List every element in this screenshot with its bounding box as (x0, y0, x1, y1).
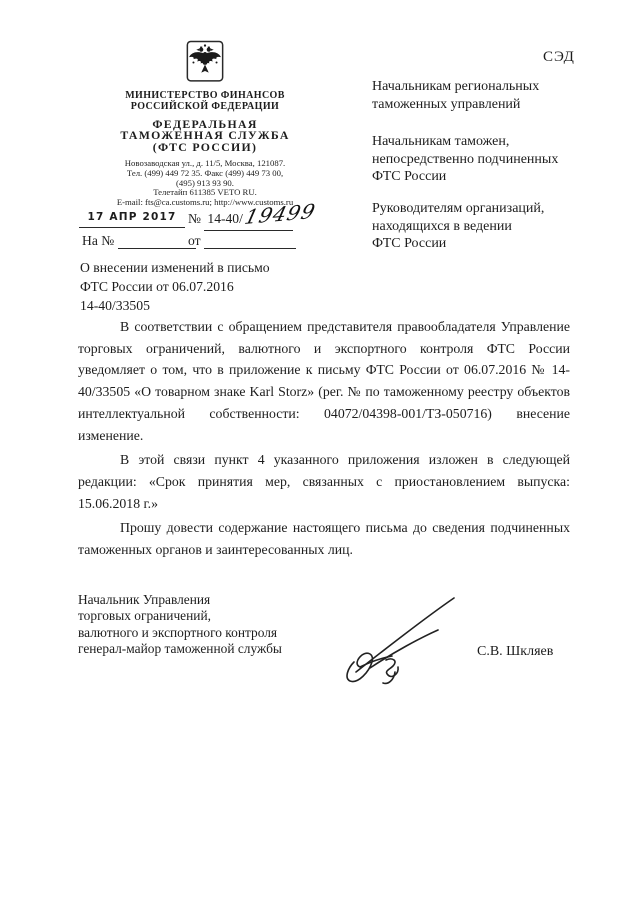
body-paragraph-2: В этой связи пункт 4 указанного приложен… (78, 449, 570, 514)
signer-name: С.В. Шкляев (477, 644, 553, 660)
outgoing-number-field: 14-40/ 19499 (204, 211, 293, 231)
addressee-regional-administrations: Начальникам региональных таможенных упра… (372, 78, 597, 113)
handwritten-number: 19499 (243, 199, 319, 229)
agency-title: ФЕДЕРАЛЬНАЯ ТАМОЖЕННАЯ СЛУЖБА (ФТС РОССИ… (60, 119, 350, 154)
body-paragraph-1: В соответствии с обращением представител… (78, 316, 570, 446)
outgoing-number-row: № 14-40/ 19499 (188, 211, 293, 231)
reply-number-blank (118, 235, 196, 249)
coat-of-arms-icon (186, 40, 224, 85)
date-stamp: 17 АПР 2017 (79, 211, 185, 228)
reply-number-label: На № (82, 233, 114, 248)
body-paragraph-3: Прошу довести содержание настоящего пись… (78, 517, 570, 560)
sed-label: СЭД (543, 49, 575, 66)
number-prefix: 14-40/ (207, 211, 243, 226)
addressee-customs-heads: Начальникам таможен, непосредственно под… (372, 133, 597, 186)
subject-line: О внесении изменений в письмо ФТС России… (80, 258, 360, 315)
reply-date-row: от (188, 233, 296, 249)
number-sign-label: № (188, 211, 201, 226)
addressee-organization-heads: Руководителям организаций, находящихся в… (372, 200, 597, 253)
reply-number-row: На № (82, 233, 196, 249)
reply-date-label: от (188, 233, 201, 248)
letterhead: МИНИСТЕРСТВО ФИНАНСОВ РОССИЙСКОЙ ФЕДЕРАЦ… (60, 40, 350, 207)
reply-date-blank (204, 235, 296, 249)
ministry-title: МИНИСТЕРСТВО ФИНАНСОВ РОССИЙСКОЙ ФЕДЕРАЦ… (60, 91, 350, 113)
scanned-letter-page: СЭД МИНИСТЕРСТВО ФИНАНСОВ РОССИЙСКОЙ ФЕД… (0, 0, 640, 905)
signer-position: Начальник Управления торговых ограничени… (78, 592, 338, 658)
signature-icon (342, 588, 462, 690)
letter-body: В соответствии с обращением представител… (78, 316, 570, 561)
